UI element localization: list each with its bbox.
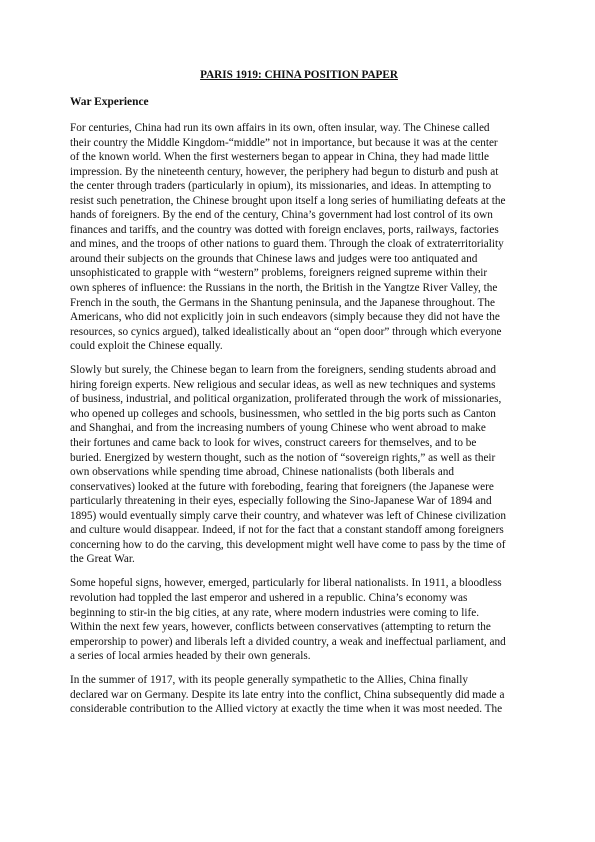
text-line: unsophisticated to grapple with “western…: [70, 266, 528, 281]
text-line: own observations while spending time abr…: [70, 465, 528, 480]
text-line: considerable contribution to the Allied …: [70, 702, 528, 717]
text-line: Within the next few years, however, conf…: [70, 620, 528, 635]
text-line: buried. Energized by western thought, su…: [70, 451, 528, 466]
text-line: own spheres of influence: the Russians i…: [70, 281, 528, 296]
text-line: concerning how to do the carving, this d…: [70, 538, 528, 553]
paragraph-4: In the summer of 1917, with its people g…: [70, 673, 528, 717]
text-line: resist such penetration, the Chinese bro…: [70, 194, 528, 209]
text-line: revolution had toppled the last emperor …: [70, 591, 528, 606]
text-line: of business, industrial, and political o…: [70, 392, 528, 407]
text-line: In the summer of 1917, with its people g…: [70, 673, 528, 688]
text-line: hiring foreign experts. New religious an…: [70, 378, 528, 393]
text-line: who opened up colleges and schools, busi…: [70, 407, 528, 422]
text-line: the Great War.: [70, 552, 528, 567]
text-line: For centuries, China had run its own aff…: [70, 121, 528, 136]
text-line: impression. By the nineteenth century, h…: [70, 165, 528, 180]
text-line: beginning to stir-in the big cities, at …: [70, 606, 528, 621]
text-line: and mines, and the troops of other natio…: [70, 237, 528, 252]
text-line: Some hopeful signs, however, emerged, pa…: [70, 576, 528, 591]
text-line: resources, so cynics argued), talked ide…: [70, 325, 528, 340]
text-line: around their subjects on the grounds tha…: [70, 252, 528, 267]
text-line: finances and tariffs, and the country wa…: [70, 223, 528, 238]
text-line: and culture would disappear. Indeed, if …: [70, 523, 528, 538]
text-line: their country the Middle Kingdom-“middle…: [70, 136, 528, 151]
text-line: emperorship to power) and liberals left …: [70, 635, 528, 650]
text-line: of the known world. When the first weste…: [70, 150, 528, 165]
text-line: Slowly but surely, the Chinese began to …: [70, 363, 528, 378]
text-line: French in the south, the Germans in the …: [70, 296, 528, 311]
paragraph-2: Slowly but surely, the Chinese began to …: [70, 363, 528, 567]
text-line: and Shanghai, and from the increasing nu…: [70, 421, 528, 436]
paragraph-1: For centuries, China had run its own aff…: [70, 121, 528, 354]
text-line: hands of foreigners. By the end of the c…: [70, 208, 528, 223]
document-title: PARIS 1919: CHINA POSITION PAPER: [70, 68, 528, 82]
section-heading: War Experience: [70, 95, 528, 109]
text-line: 1895) would eventually simply carve thei…: [70, 509, 528, 524]
text-line: their fortunes and came back to look for…: [70, 436, 528, 451]
text-line: conservatives) looked at the future with…: [70, 480, 528, 495]
text-line: could exploit the Chinese equally.: [70, 339, 528, 354]
text-line: Americans, who did not explicitly join i…: [70, 310, 528, 325]
text-line: particularly threatening in their eyes, …: [70, 494, 528, 509]
paragraph-3: Some hopeful signs, however, emerged, pa…: [70, 576, 528, 663]
text-line: a series of local armies headed by their…: [70, 649, 528, 664]
text-line: the center through traders (particularly…: [70, 179, 528, 194]
text-line: declared war on Germany. Despite its lat…: [70, 688, 528, 703]
document-page: PARIS 1919: CHINA POSITION PAPER War Exp…: [70, 68, 528, 726]
